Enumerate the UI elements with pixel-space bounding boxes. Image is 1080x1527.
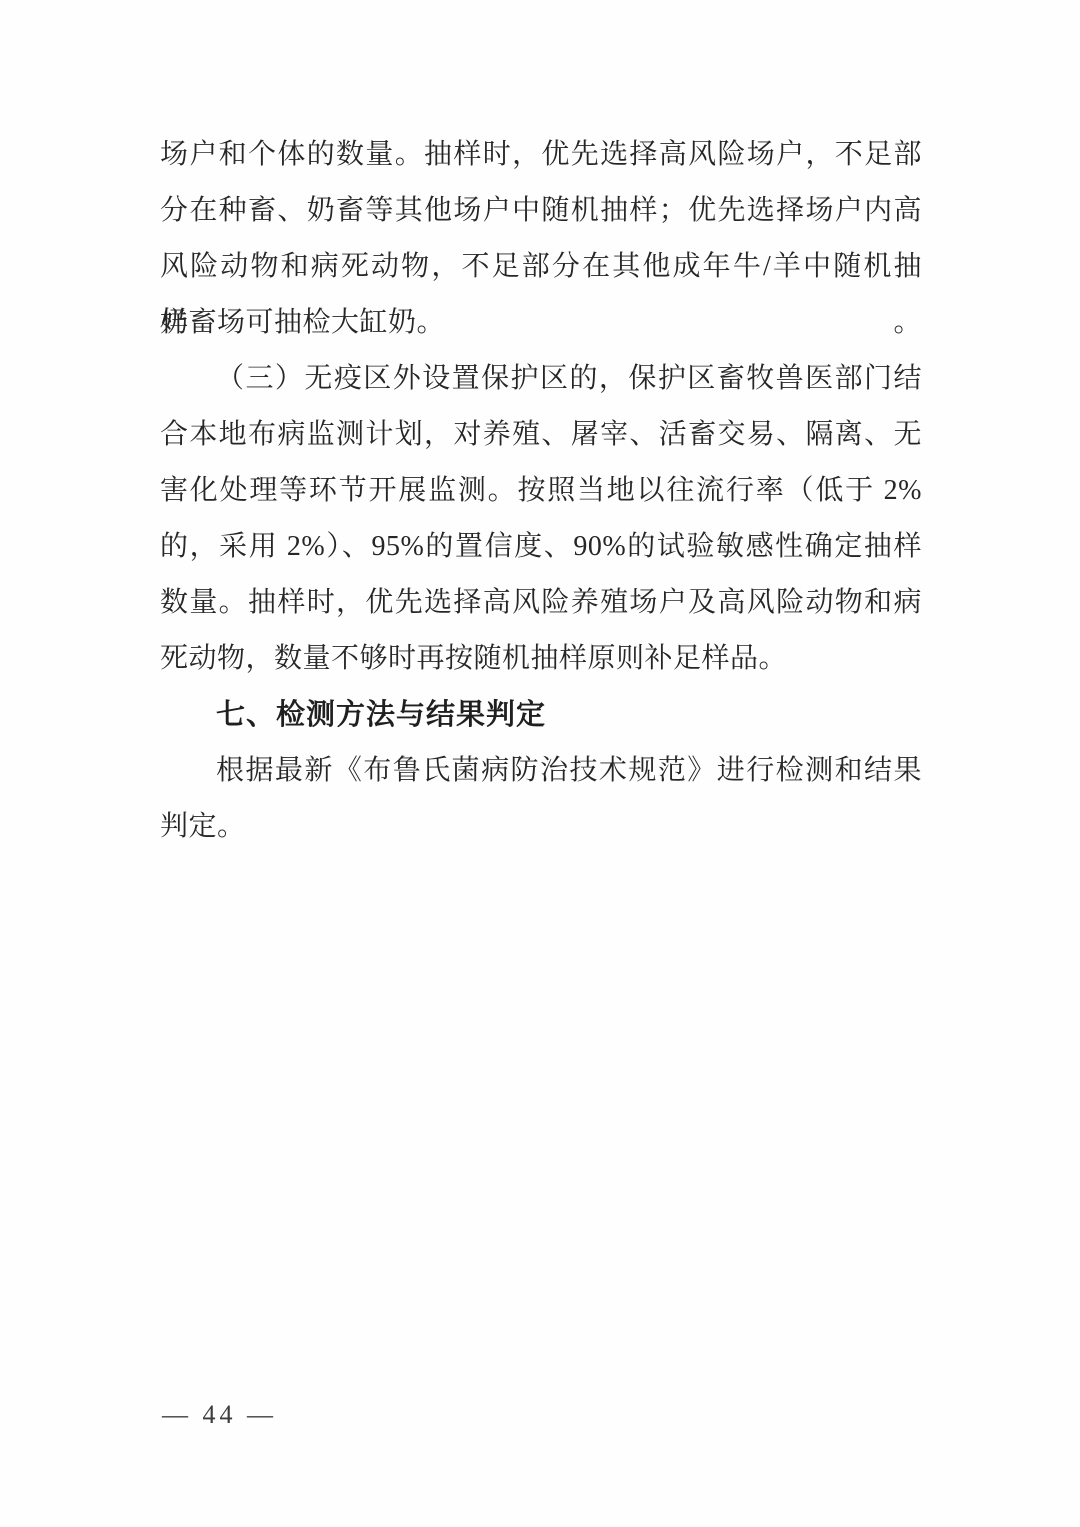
body-line: 害化处理等环节开展监测。按照当地以往流行率（低于 2%: [160, 463, 922, 519]
page-number: — 44 —: [162, 1400, 277, 1430]
body-line: 的，采用 2%）、95%的置信度、90%的试验敏感性确定抽样: [160, 519, 922, 575]
body-line: 分在种畜、奶畜等其他场户中随机抽样；优先选择场户内高: [160, 183, 922, 239]
body-line: 根据最新《布鲁氏菌病防治技术规范》进行检测和结果: [160, 743, 922, 799]
body-line: 判定。: [160, 799, 922, 855]
body-line: 死动物，数量不够时再按随机抽样原则补足样品。: [160, 631, 922, 687]
section-heading: 七、检测方法与结果判定: [160, 687, 922, 743]
text-block: 场户和个体的数量。抽样时，优先选择高风险场户，不足部 分在种畜、奶畜等其他场户中…: [160, 127, 922, 855]
body-line: 场户和个体的数量。抽样时，优先选择高风险场户，不足部: [160, 127, 922, 183]
body-line: 合本地布病监测计划，对养殖、屠宰、活畜交易、隔离、无: [160, 407, 922, 463]
body-line: 数量。抽样时，优先选择高风险养殖场户及高风险动物和病: [160, 575, 922, 631]
body-line: 风险动物和病死动物，不足部分在其他成年牛/羊中随机抽样。: [160, 239, 922, 295]
document-page: 场户和个体的数量。抽样时，优先选择高风险场户，不足部 分在种畜、奶畜等其他场户中…: [0, 0, 1080, 1527]
body-line: （三）无疫区外设置保护区的，保护区畜牧兽医部门结: [160, 351, 922, 407]
